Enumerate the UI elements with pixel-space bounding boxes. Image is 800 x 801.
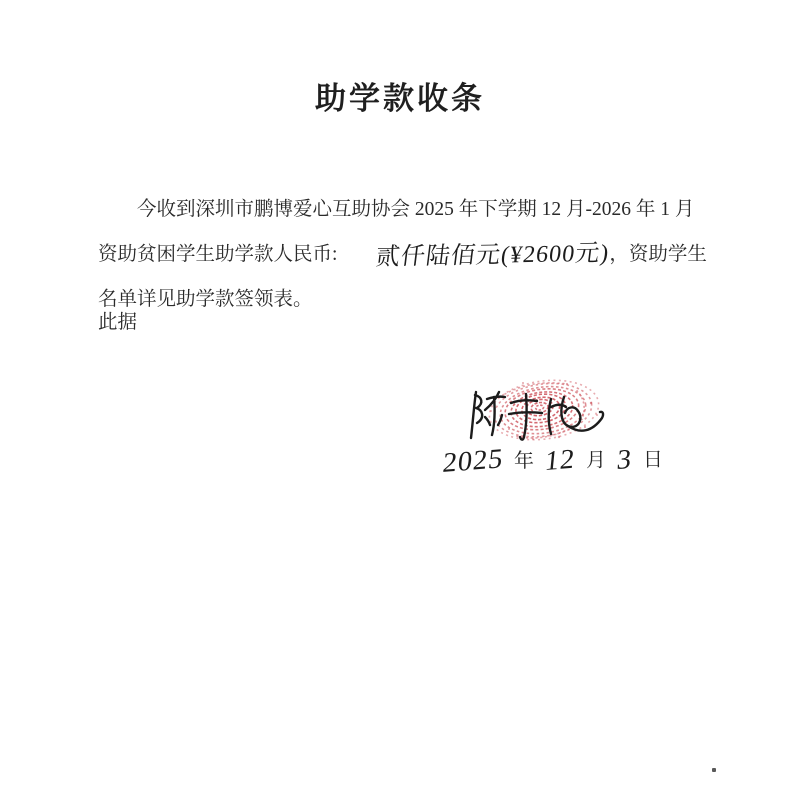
closing-text: 此据 (98, 300, 137, 345)
handwritten-amount: 贰仟陆佰元(¥2600元) (336, 241, 612, 270)
date-month: 12 (543, 440, 577, 482)
scan-artifact-dot (712, 768, 716, 772)
date-year-unit: 年 (514, 441, 534, 481)
handwritten-date: 2025 年 12 月 3 日 (443, 440, 663, 482)
signature-handwriting (465, 388, 607, 444)
date-day-unit: 日 (643, 440, 663, 480)
document-title: 助学款收条 (0, 81, 800, 117)
date-day: 3 (615, 440, 634, 481)
signature-stamp-area (483, 377, 605, 445)
date-month-unit: 月 (586, 441, 606, 481)
date-year: 2025 (441, 439, 505, 484)
receipt-page: 助学款收条 今收到深圳市鹏博爱心互助协会 2025 年下学期 12 月-2026… (0, 0, 800, 801)
receipt-body-paragraph: 今收到深圳市鹏博爱心互助协会 2025 年下学期 12 月-2026 年 1 月… (98, 187, 710, 322)
